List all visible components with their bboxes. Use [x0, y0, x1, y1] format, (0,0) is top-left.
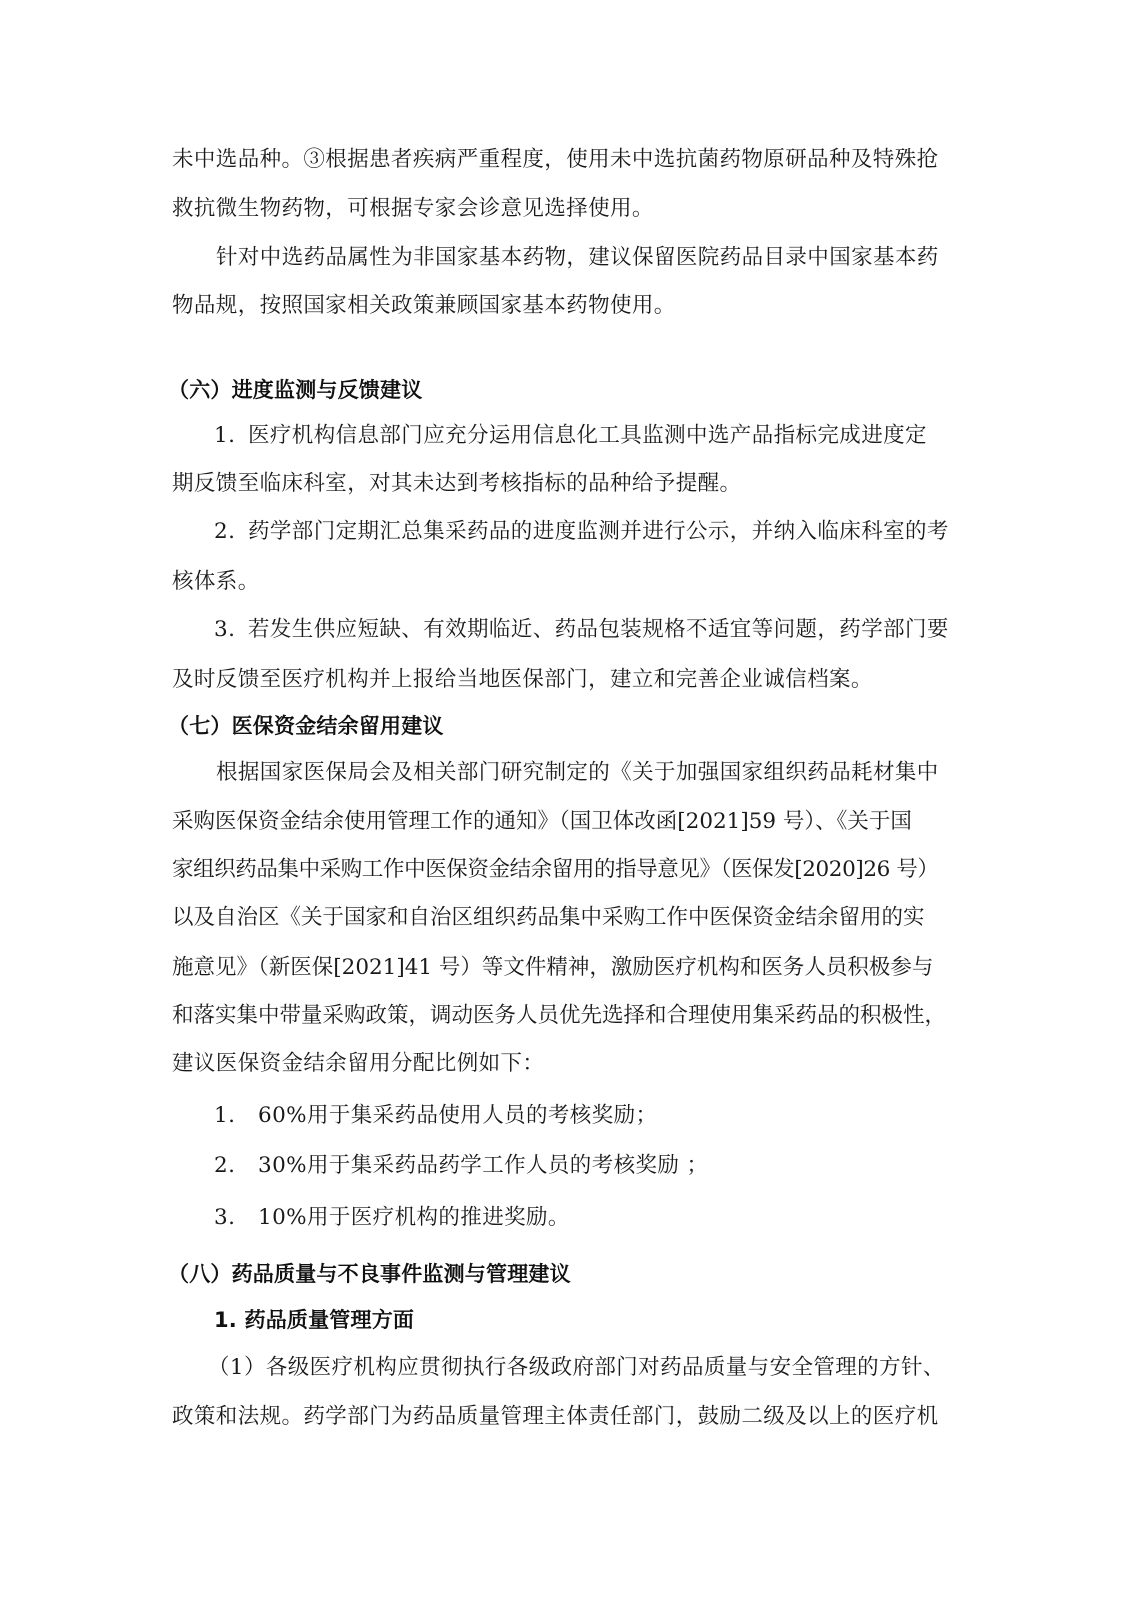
section-7-heading: （七）医保资金结余留用建议	[168, 713, 444, 739]
section-8-subheading: 1. 药品质量管理方面	[214, 1307, 414, 1333]
section-7-line-7: 建议医保资金结余留用分配比例如下：	[172, 1051, 544, 1077]
section-8-line-2: 政策和法规。药学部门为药品质量管理主体责任部门，鼓励二级及以上的医疗机	[172, 1404, 939, 1430]
intro-line-4: 物品规，按照国家相关政策兼顾国家基本药物使用。	[172, 293, 676, 319]
item-number: 2.	[214, 519, 248, 545]
section-6-item-1: 1.医疗机构信息部门应充分运用信息化工具监测中选产品指标完成进度定	[214, 423, 927, 449]
item-number: 1.	[214, 1103, 258, 1129]
section-6-item-1-cont: 期反馈至临床科室，对其未达到考核指标的品种给予提醒。	[172, 471, 741, 497]
section-8-line-1: （1）各级医疗机构应贯彻执行各级政府部门对药品质量与安全管理的方针、	[208, 1355, 945, 1381]
section-7-line-6: 和落实集中带量采购政策，调动医务人员优先选择和合理使用集采药品的积极性，	[172, 1003, 946, 1029]
section-7-line-1: 根据国家医保局会及相关部门研究制定的《关于加强国家组织药品耗材集中	[216, 760, 939, 786]
section-6-heading: （六）进度监测与反馈建议	[168, 377, 422, 403]
item-text: 医疗机构信息部门应充分运用信息化工具监测中选产品指标完成进度定	[248, 423, 927, 448]
section-6-item-3-cont: 及时反馈至医疗机构并上报给当地医保部门，建立和完善企业诚信档案。	[172, 667, 873, 693]
item-number: 1.	[214, 423, 248, 449]
section-7-line-4: 以及自治区《关于国家和自治区组织药品集中采购工作中医保资金结余留用的实	[172, 905, 925, 931]
section-6-item-2-cont: 核体系。	[172, 569, 260, 595]
section-7-line-5: 施意见》（新医保[2021]41 号）等文件精神，激励医疗机构和医务人员积极参与	[172, 955, 933, 981]
intro-line-1: 未中选品种。③根据患者疾病严重程度，使用未中选抗菌药物原研品种及特殊抢	[172, 147, 939, 173]
item-text: 药学部门定期汇总集采药品的进度监测并进行公示，并纳入临床科室的考	[248, 519, 949, 544]
item-text: 若发生供应短缺、有效期临近、药品包装规格不适宜等问题，药学部门要	[248, 617, 949, 642]
allocation-item-1: 1.60%用于集采药品使用人员的考核奖励；	[214, 1103, 657, 1129]
item-number: 2.	[214, 1153, 258, 1179]
section-7-line-3: 家组织药品集中采购工作中医保资金结余留用的指导意见》（医保发[2020]26 号…	[172, 857, 939, 883]
allocation-item-2: 2.30%用于集采药品药学工作人员的考核奖励 ；	[214, 1153, 708, 1179]
section-8-heading: （八）药品质量与不良事件监测与管理建议	[168, 1261, 571, 1287]
allocation-item-3: 3.10%用于医疗机构的推进奖励。	[214, 1205, 570, 1231]
item-text: 30%用于集采药品药学工作人员的考核奖励 ；	[258, 1153, 708, 1178]
item-number: 3.	[214, 617, 248, 643]
intro-line-2: 救抗微生物药物，可根据专家会诊意见选择使用。	[172, 196, 654, 222]
section-6-item-3: 3.若发生供应短缺、有效期临近、药品包装规格不适宜等问题，药学部门要	[214, 617, 949, 643]
intro-line-3: 针对中选药品属性为非国家基本药物，建议保留医院药品目录中国家基本药	[216, 245, 939, 271]
section-7-line-2: 采购医保资金结余使用管理工作的通知》（国卫体改函[2021]59 号）、《关于国	[172, 809, 912, 835]
section-6-item-2: 2.药学部门定期汇总集采药品的进度监测并进行公示，并纳入临床科室的考	[214, 519, 949, 545]
item-text: 60%用于集采药品使用人员的考核奖励；	[258, 1103, 657, 1128]
document-page: 未中选品种。③根据患者疾病严重程度，使用未中选抗菌药物原研品种及特殊抢 救抗微生…	[0, 0, 1131, 1600]
item-text: 10%用于医疗机构的推进奖励。	[258, 1205, 570, 1230]
item-number: 3.	[214, 1205, 258, 1231]
